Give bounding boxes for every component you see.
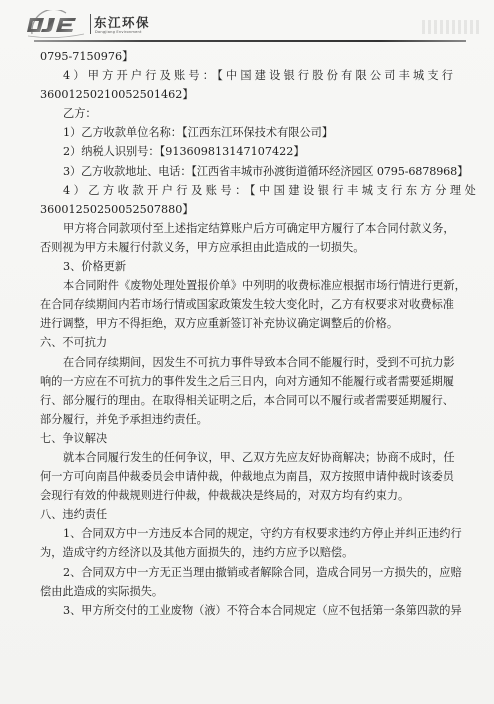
price-update-line-1: 本合同附件《废物处理处置报价单》中列明的收费标准应根据市场行情进行更新， [40, 276, 452, 295]
header-rule [34, 40, 466, 42]
section-8-clause-2-line-2: 偿由此造成的实际损失。 [40, 582, 452, 601]
party-b-label: 乙方： [40, 104, 452, 123]
section-6-line-1: 在合同存续期间，因发生不可抗力事件导致本合同不能履行时，受到不可抗力影 [40, 353, 452, 372]
company-name-en: Dongjiang Environment [95, 30, 142, 34]
section-7-line-3: 会现行有效的仲裁规则进行仲裁，仲裁裁决是终局的，对双方均有约束力。 [40, 486, 452, 505]
price-update-line-2: 在合同存续期间内若市场行情或国家政策发生较大变化时，乙方有权要求对收费标准 [40, 295, 452, 314]
party-a-account-number: 36001250210052501462】 [40, 85, 452, 104]
company-name-cn: 东江环保 [94, 13, 150, 31]
section-6-line-2: 响的一方应在不可抗力的事件发生之后三日内，向对方通知不能履行或者需要延期履 [40, 372, 452, 391]
section-7-title: 七、争议解决 [40, 429, 452, 448]
party-b-tax-id: 2）纳税人识别号：【913609813147107422】 [40, 142, 452, 161]
section-8-clause-1-line-2: 为，造成守约方经济以及其他方面损失的，违约方应予以赔偿。 [40, 543, 452, 562]
document-page: 东江环保 Dongjiang Environment 0795-7150976】… [0, 0, 494, 704]
section-6-title: 六、不可抗力 [40, 333, 452, 352]
logo-divider [90, 14, 91, 34]
dje-logo-icon [26, 10, 86, 38]
section-7-line-1: 就本合同履行发生的任何争议，甲、乙双方先应友好协商解决；协商不成时，任 [40, 448, 452, 467]
section-8-clause-2-line-1: 2、合同双方中一方无正当理由撤销或者解除合同，造成合同另一方损失的，应赔 [40, 563, 452, 582]
price-update-title: 3、价格更新 [40, 257, 452, 276]
section-8-title: 八、违约责任 [40, 505, 452, 524]
letterhead: 东江环保 Dongjiang Environment [22, 8, 462, 38]
party-b-account-number: 36001250250052507880】 [40, 200, 452, 219]
contract-body: 0795-7150976】 4）甲方开户行及账号：【中国建设银行股份有限公司丰城… [40, 47, 452, 620]
section-8-clause-3-line-1: 3、甲方所交付的工业废物（液）不符合本合同规定（应不包括第一条第四款的异 [40, 601, 452, 620]
price-update-line-3: 进行调整，甲方不得拒绝，双方应重新签订补充协议确定调整后的价格。 [40, 314, 452, 333]
section-6-line-3: 行、部分履行的理由。在取得相关证明之后，本合同可以不履行或者需要延期履行、 [40, 391, 452, 410]
payment-note-line-2: 否则视为甲方未履行付款义务，甲方应承担由此造成的一切损失。 [40, 238, 452, 257]
section-8-clause-1-line-1: 1、合同双方中一方违反本合同的规定，守约方有权要求违约方停止并纠正违约行 [40, 524, 452, 543]
text-line: 0795-7150976】 [40, 47, 452, 66]
party-b-address-phone: 3）乙方收款地址、电话：【江西省丰城市孙渡街道循环经济园区 0795-68789… [40, 162, 452, 181]
party-b-bank-account: 4）乙方收款开户行及账号：【中国建设银行丰城支行东方分理处 [40, 181, 452, 200]
section-7-line-2: 何一方可向南昌仲裁委员会申请仲裁，仲裁地点为南昌，双方按照申请仲裁时该委员 [40, 467, 452, 486]
payment-note-line-1: 甲方将合同款项付至上述指定结算账户后方可确定甲方履行了本合同付款义务， [40, 219, 452, 238]
party-a-bank-account: 4）甲方开户行及账号：【中国建设银行股份有限公司丰城支行 [40, 66, 452, 85]
section-6-line-4: 部分履行，并免予承担违约责任。 [40, 410, 452, 429]
party-b-payee-name: 1）乙方收款单位名称：【江西东江环保技术有限公司】 [40, 123, 452, 142]
